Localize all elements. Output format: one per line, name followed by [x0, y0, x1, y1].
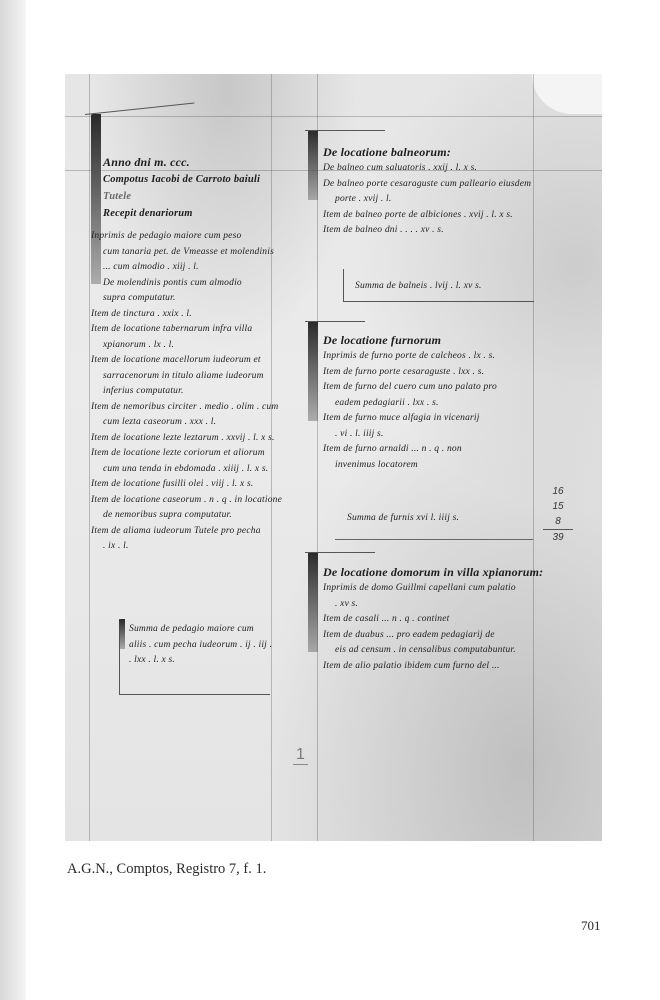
entry-line: xpianorum . lx . l.: [91, 338, 276, 354]
entry-line: Item de alio palatio ibidem cum furno de…: [323, 659, 538, 675]
entry-line: Inprimis de pedagio maiore cum peso: [91, 229, 276, 245]
entry-line: Item de furno arnaldi ... n . q . non: [323, 442, 533, 458]
tally-value: 15: [543, 499, 573, 514]
entry-line: Item de locatione lezte coriorum et alio…: [91, 446, 276, 462]
entry-line: Item de duabus ... pro eadem pedagiarij …: [323, 628, 538, 644]
right-summa-balnea: Summa de balneis . lvij . l. xv s.: [355, 279, 535, 295]
entry-line: invenimus locatorem: [323, 458, 533, 474]
entry-line: De molendinis pontis cum almodio: [91, 276, 276, 292]
header-line: Anno dni m. ccc.: [103, 154, 273, 171]
header-line: Compotus Iacobi de Carroto baiuli: [103, 171, 273, 188]
entry-line: Item de locatione lezte leztarum . xxvij…: [91, 431, 276, 447]
section-title: De locatione balneorum:: [323, 144, 533, 161]
ruling-line: [533, 74, 534, 841]
entry-line: supra computatur.: [91, 291, 276, 307]
summa-line: . lxx . l. x s.: [129, 653, 274, 669]
summa-line: Summa de furnis xvi l. iiij s.: [347, 511, 537, 527]
right-summa-furni: Summa de furnis xvi l. iiij s.: [347, 511, 537, 527]
summa-line: Summa de balneis . lvij . l. xv s.: [355, 279, 535, 295]
ruling-line: [65, 116, 602, 117]
entry-line: Item de balneo porte de albiciones . xvi…: [323, 208, 533, 224]
tally-value: 16: [543, 484, 573, 499]
decorated-initial: [308, 552, 318, 652]
figure-caption: A.G.N., Comptos, Registro 7, f. 1.: [67, 861, 266, 878]
ruling-line: [89, 74, 90, 841]
margin-tally: 16 15 8 39: [543, 484, 573, 545]
entry-line: Item de furno del cuero cum uno palato p…: [323, 380, 533, 396]
right-section-balnea: De locatione balneorum: De balneo cum sa…: [323, 144, 533, 239]
entry-line: Item de locatione macellorum iudeorum et: [91, 353, 276, 369]
tally-value: 8: [543, 514, 573, 529]
entry-line: Item de nemoribus circiter . medio . oli…: [91, 400, 276, 416]
initial-flourish: [305, 552, 375, 553]
damaged-corner: [532, 74, 602, 114]
entry-line: . vi . l. iiij s.: [323, 427, 533, 443]
summa-initial: [119, 619, 125, 649]
entry-line: Inprimis de domo Guillmi capellani cum p…: [323, 581, 538, 597]
entry-line: . ix . l.: [91, 539, 276, 555]
tally-value: 39: [543, 529, 573, 545]
entry-line: cum lezta caseorum . xxx . l.: [91, 415, 276, 431]
summa-line: aliis . cum pecha iudeorum . ij . iij .: [129, 638, 274, 654]
folio-number: 1: [293, 746, 308, 765]
entry-line: cum una tenda in ebdomada . xiiij . l. x…: [91, 462, 276, 478]
header-line: Recepit denariorum: [103, 205, 273, 222]
entry-line: cum tanaria pet. de Vmeasse et molendini…: [91, 245, 276, 261]
entry-line: porte . xvij . l.: [323, 192, 533, 208]
right-section-domus: De locatione domorum in villa xpianorum:…: [323, 564, 538, 674]
entry-line: . xv s.: [323, 597, 538, 613]
entry-line: eadem pedagiarii . lxx . s.: [323, 396, 533, 412]
entry-line: inferius computatur.: [91, 384, 276, 400]
manuscript-photograph: Anno dni m. ccc. Compotus Iacobi de Carr…: [65, 74, 602, 841]
entry-line: Item de furno porte cesaraguste . lxx . …: [323, 365, 533, 381]
left-entries: Inprimis de pedagio maiore cum peso cum …: [91, 229, 276, 555]
entry-line: ... cum almodio . xiij . l.: [91, 260, 276, 276]
initial-flourish: [305, 321, 365, 322]
entry-line: Item de locatione tabernarum infra villa: [91, 322, 276, 338]
entry-line: Item de furno muce alfagia in vicenarij: [323, 411, 533, 427]
entry-line: Item de aliama iudeorum Tutele pro pecha: [91, 524, 276, 540]
summa-underline: [335, 539, 533, 540]
right-section-furni: De locatione furnorum Inprimis de furno …: [323, 332, 533, 473]
section-title: De locatione domorum in villa xpianorum:: [323, 564, 538, 581]
header-line: Tutele: [103, 188, 273, 205]
entry-line: De balneo cum saluatoris . xxij . l. x s…: [323, 161, 533, 177]
left-column: Anno dni m. ccc. Compotus Iacobi de Carr…: [103, 154, 273, 222]
section-title: De locatione furnorum: [323, 332, 533, 349]
entry-line: eis ad censum . in censalibus computabun…: [323, 643, 538, 659]
left-summa: Summa de pedagio maiore cum aliis . cum …: [129, 622, 274, 669]
entry-line: Item de casali ... n . q . continet: [323, 612, 538, 628]
decorated-initial: [308, 130, 318, 200]
entry-line: Item de locatione fusilli olei . viij . …: [91, 477, 276, 493]
initial-flourish: [305, 130, 385, 131]
decorated-initial: [308, 321, 318, 421]
initial-flourish: [85, 103, 195, 115]
entry-line: Item de tinctura . xxix . l.: [91, 307, 276, 323]
entry-line: De balneo porte cesaraguste cum palleari…: [323, 177, 533, 193]
entry-line: Item de locatione caseorum . n . q . in …: [91, 493, 276, 509]
entry-line: Item de balneo dni . . . . xv . s.: [323, 223, 533, 239]
book-spine-shadow: [0, 0, 26, 1000]
entry-line: de nemoribus supra computatur.: [91, 508, 276, 524]
entry-line: sarracenorum in titulo aliame iudeorum: [91, 369, 276, 385]
summa-line: Summa de pedagio maiore cum: [129, 622, 274, 638]
entry-line: Inprimis de furno porte de calcheos . lx…: [323, 349, 533, 365]
page-number: 701: [581, 918, 601, 934]
